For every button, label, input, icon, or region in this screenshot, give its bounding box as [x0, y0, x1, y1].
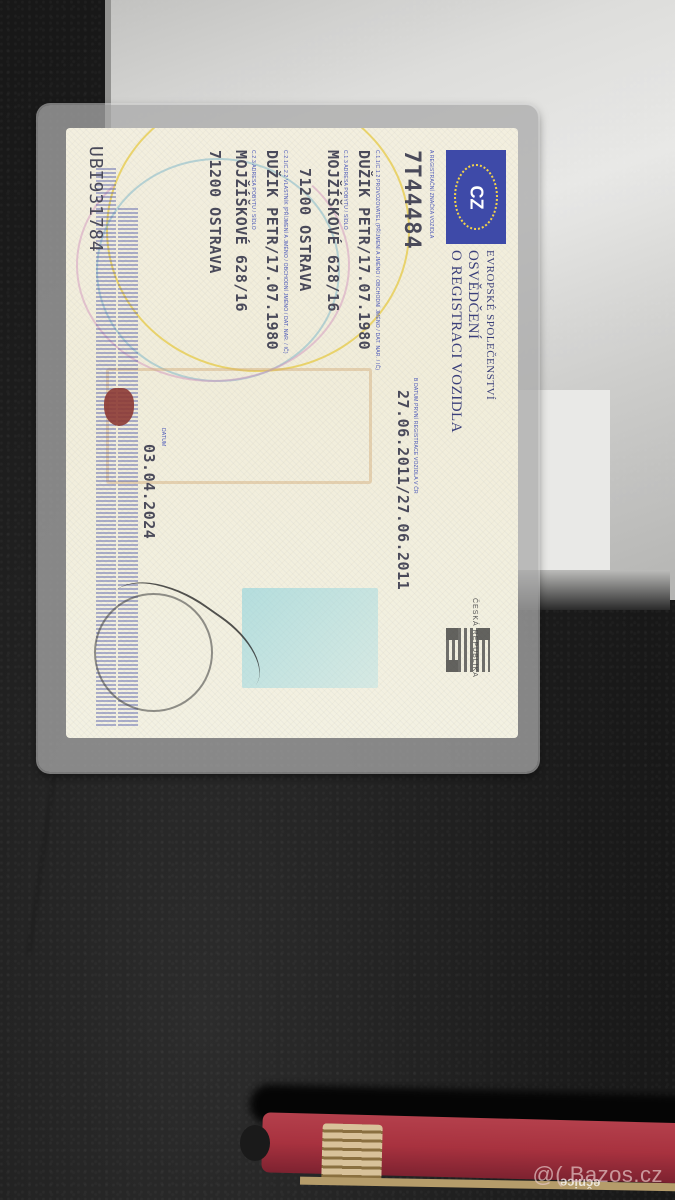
- eu-flag-icon: CZ: [446, 150, 506, 244]
- owner-address-label: C.2.3 ADRESA POBYTU / SÍDLO: [250, 150, 256, 230]
- registration-number: 7T44484: [399, 150, 424, 250]
- owner-address-line1: MOJŽÍŠKOVÉ 628/16: [232, 150, 250, 312]
- photo-scene: CZ EVROPSKÉ SPOLEČENSTVÍ OSVĚDČENÍ O REG…: [0, 0, 675, 1200]
- owner-address-line2: 71200 OSTRAVA: [206, 150, 224, 274]
- registration-label: A REGISTRAČNÍ ZNAČKA VOZIDLA: [428, 150, 434, 238]
- card-header: EVROPSKÉ SPOLEČENSTVÍ OSVĚDČENÍ O REGIST…: [447, 250, 498, 433]
- issue-date: 03.04.2024: [140, 444, 158, 539]
- first-registration-label: B DATUM PRVNÍ REGISTRACE VOZIDLA V ČR: [412, 378, 418, 494]
- owner-label: C.2.1/C.2.2 VLASTNÍK (PŘÍJMENÍ A JMÉNO /…: [282, 150, 288, 354]
- qr-code-icon: [446, 628, 490, 672]
- security-emblem: [104, 388, 134, 426]
- holder-address-line2: 71200 OSTRAVA: [296, 168, 314, 292]
- header-line-3: O REGISTRACI VOZIDLA: [447, 250, 464, 433]
- holder-address-line1: MOJŽÍŠKOVÉ 628/16: [324, 150, 342, 312]
- registration-card: CZ EVROPSKÉ SPOLEČENSTVÍ OSVĚDČENÍ O REG…: [66, 128, 518, 738]
- hologram-patch: [242, 588, 378, 688]
- owner-name: DUŽIK PETR/17.07.1980: [263, 150, 281, 350]
- bazos-watermark: @( Bazos.cz: [532, 1162, 663, 1188]
- pen-stylus-tip: [240, 1125, 270, 1161]
- header-line-2: OSVĚDČENÍ: [464, 250, 481, 433]
- pen-gold-ring: [321, 1123, 382, 1183]
- holder-label: C.1.1/C.1.2 PROVOZOVATEL (PŘÍJMENÍ A JMÉ…: [374, 150, 380, 370]
- holder-name: DUŽIK PETR/17.07.1980: [355, 150, 373, 350]
- holder-address-label: C.1.3 ADRESA POBYTU / SÍDLO: [342, 150, 348, 230]
- issue-date-label: DATUM: [160, 428, 166, 446]
- header-line-1: EVROPSKÉ SPOLEČENSTVÍ: [481, 250, 498, 433]
- first-registration-date: 27.06.2011/27.06.2011: [394, 390, 412, 590]
- document-number: UBI931784: [85, 146, 106, 253]
- country-code: CZ: [466, 185, 487, 209]
